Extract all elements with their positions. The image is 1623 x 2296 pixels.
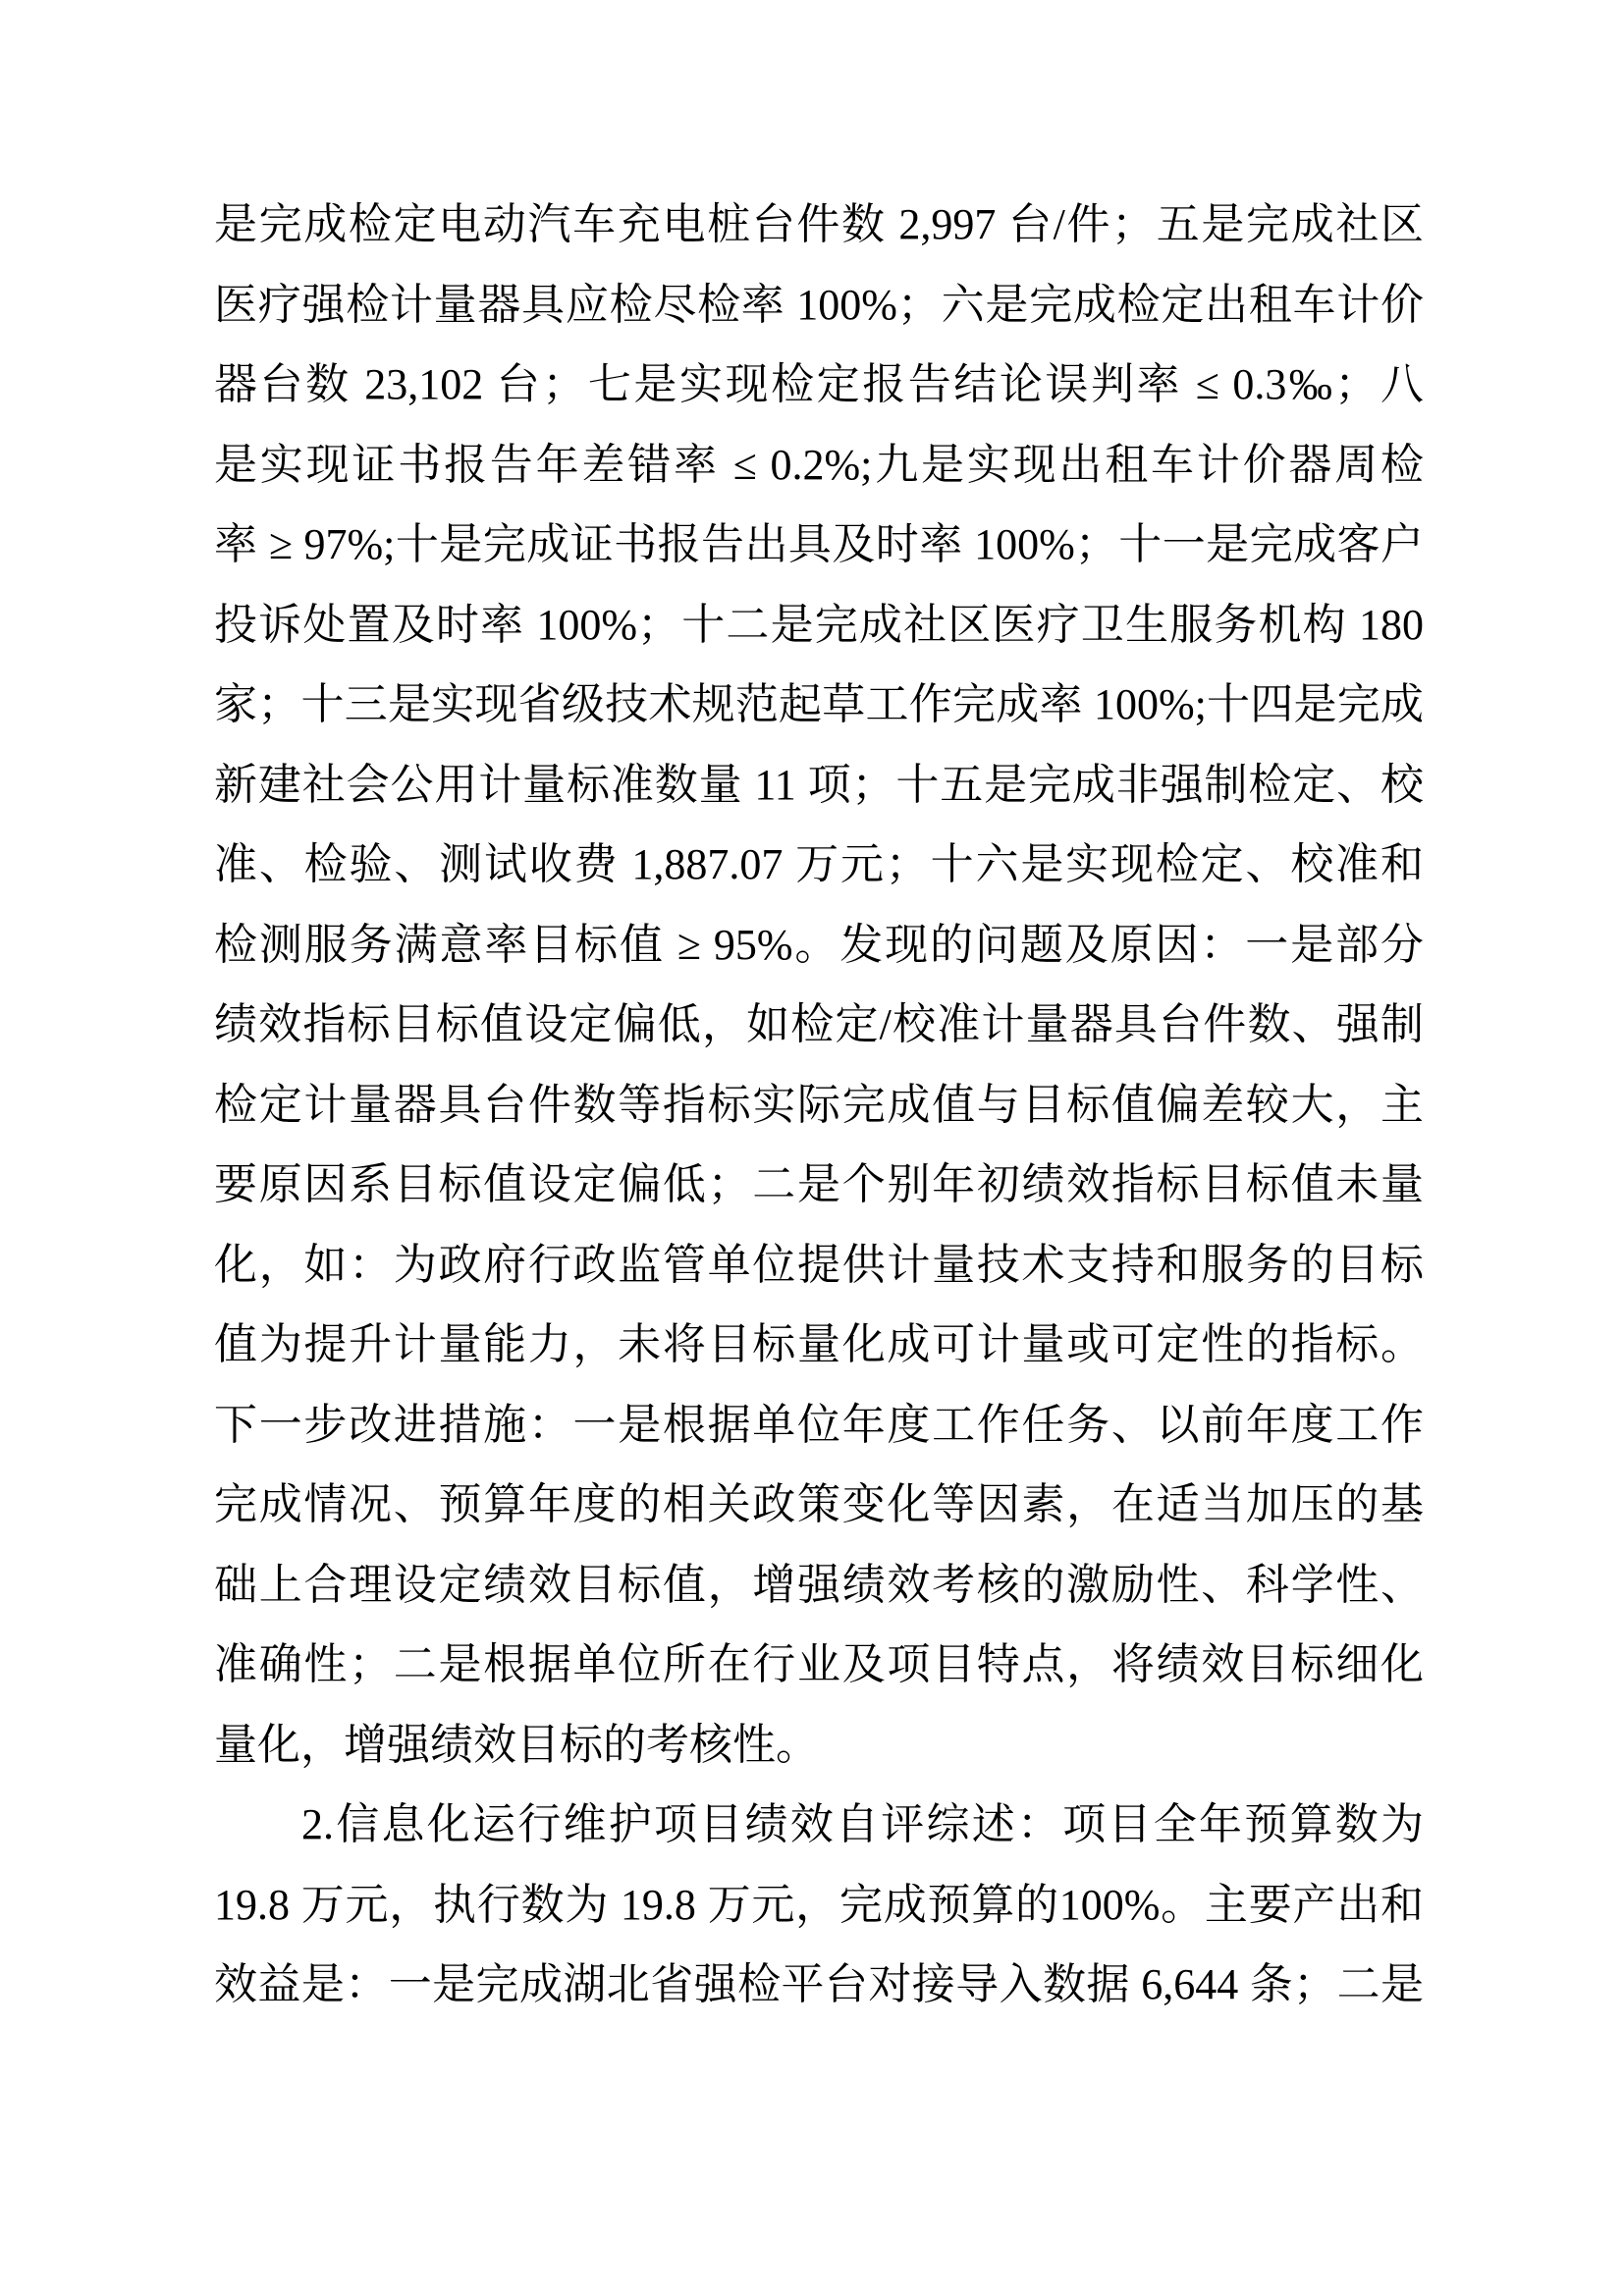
text-line: 投诉处置及时率 100%；十二是完成社区医疗卫生服务机构 180 <box>214 585 1424 666</box>
text-line: 值为提升计量能力，未将目标量化成可计量或可定性的指标。 <box>214 1305 1424 1385</box>
document-body: 是完成检定电动汽车充电桩台件数 2,997 台/件；五是完成社区 医疗强检计量器… <box>214 185 1424 2025</box>
text-line-paragraph-start: 2.信息化运行维护项目绩效自评综述：项目全年预算数为 <box>214 1785 1424 1865</box>
text-line: 下一步改进措施：一是根据单位年度工作任务、以前年度工作 <box>214 1385 1424 1466</box>
text-line: 医疗强检计量器具应检尽检率 100%；六是完成检定出租车计价 <box>214 265 1424 346</box>
text-line: 完成情况、预算年度的相关政策变化等因素，在适当加压的基 <box>214 1465 1424 1545</box>
text-line: 器台数 23,102 台；七是实现检定报告结论误判率 ≤ 0.3‰；八 <box>214 345 1424 425</box>
text-line: 是完成检定电动汽车充电桩台件数 2,997 台/件；五是完成社区 <box>214 185 1424 265</box>
text-line: 家；十三是实现省级技术规范起草工作完成率 100%;十四是完成 <box>214 665 1424 745</box>
text-line: 础上合理设定绩效目标值，增强绩效考核的激励性、科学性、 <box>214 1545 1424 1626</box>
text-line: 新建社会公用计量标准数量 11 项；十五是完成非强制检定、校 <box>214 745 1424 826</box>
text-line-paragraph-end: 量化，增强绩效目标的考核性。 <box>214 1705 1424 1786</box>
text-line: 要原因系目标值设定偏低；二是个别年初绩效指标目标值未量 <box>214 1145 1424 1225</box>
text-line: 化，如：为政府行政监管单位提供计量技术支持和服务的目标 <box>214 1225 1424 1306</box>
document-page: 是完成检定电动汽车充电桩台件数 2,997 台/件；五是完成社区 医疗强检计量器… <box>0 0 1623 2296</box>
text-line: 效益是：一是完成湖北省强检平台对接导入数据 6,644 条；二是 <box>214 1945 1424 2025</box>
text-line: 检测服务满意率目标值 ≥ 95%。发现的问题及原因：一是部分 <box>214 905 1424 986</box>
text-line: 率 ≥ 97%;十是完成证书报告出具及时率 100%；十一是完成客户 <box>214 505 1424 585</box>
text-line: 是实现证书报告年差错率 ≤ 0.2%;九是实现出租车计价器周检 <box>214 425 1424 506</box>
text-line: 绩效指标目标值设定偏低，如检定/校准计量器具台件数、强制 <box>214 985 1424 1065</box>
text-line: 19.8 万元，执行数为 19.8 万元，完成预算的100%。主要产出和 <box>214 1865 1424 1946</box>
text-line: 检定计量器具台件数等指标实际完成值与目标值偏差较大，主 <box>214 1065 1424 1146</box>
text-line: 准确性；二是根据单位所在行业及项目特点，将绩效目标细化 <box>214 1625 1424 1705</box>
text-line: 准、检验、测试收费 1,887.07 万元；十六是实现检定、校准和 <box>214 825 1424 905</box>
